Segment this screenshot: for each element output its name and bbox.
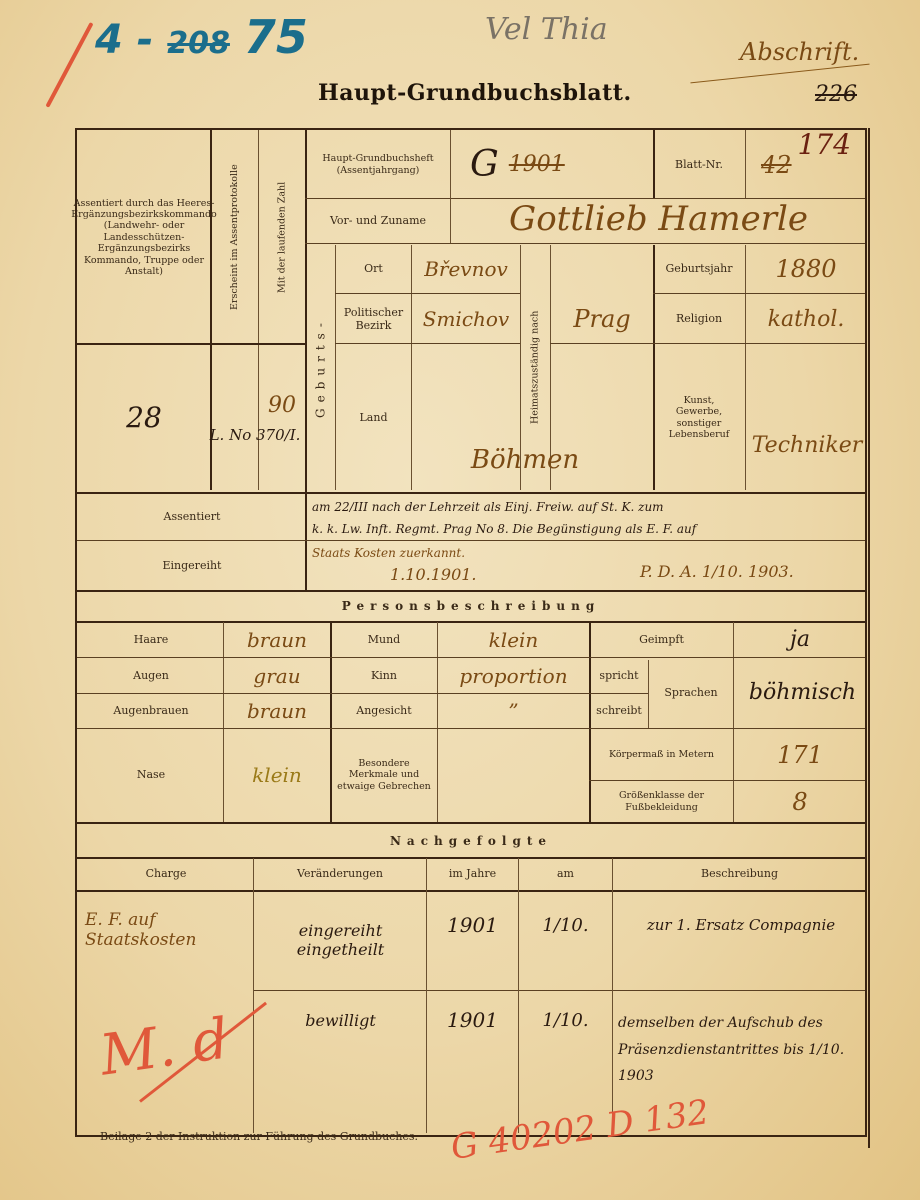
ort-value: Břevnov	[413, 245, 519, 293]
geimpft-label: Geimpft	[591, 622, 732, 657]
name-value: Gottlieb Hamerle	[452, 195, 865, 243]
column-header-beschreibung: Beschreibung	[614, 858, 865, 890]
laufende-value: 90	[260, 390, 304, 420]
page-title: Haupt-Grundbuchsblatt.	[318, 80, 632, 106]
merkmale-value	[439, 729, 588, 821]
schreibt-label: schreibt	[591, 694, 647, 728]
archive-number-current: 75	[244, 10, 308, 64]
assent-line-1: am 22/III nach der Lehrzeit als Einj. Fr…	[312, 500, 664, 514]
blatt-value-struck: 42	[761, 151, 792, 179]
mund-label: Mund	[332, 622, 436, 657]
rule	[77, 890, 865, 892]
rule	[335, 245, 336, 490]
rule	[253, 858, 254, 1133]
name-label: Vor- und Zuname	[307, 199, 449, 243]
blatt-label: Blatt-Nr.	[655, 132, 743, 197]
angesicht-label: Angesicht	[332, 694, 436, 728]
rule	[733, 622, 734, 822]
column-header-jahr: im Jahre	[428, 858, 517, 890]
kinn-value: proportion	[439, 658, 588, 693]
land-label: Land	[337, 345, 410, 490]
assentprotokolle-label: Erscheint im Assentprotokolle	[212, 135, 257, 340]
rule	[335, 343, 520, 344]
heft-value-struck: 1901	[509, 152, 565, 177]
column-header-charge: Charge	[80, 858, 252, 890]
blatt-value-current: 174	[798, 128, 851, 161]
laufende-zahl-label: Mit der laufenden Zahl	[260, 135, 304, 340]
rule	[411, 245, 412, 490]
column-header-veraenderungen: Veränderungen	[255, 858, 425, 890]
rule	[653, 293, 865, 294]
geburtsjahr-label: Geburtsjahr	[655, 245, 743, 293]
copy-mark: Abschrift.	[740, 38, 859, 66]
fuss-label: Größenklasse der Fußbekleidung	[591, 781, 732, 822]
eingereiht-date: 1.10.1901.	[390, 565, 477, 584]
nachgefolgte-title: Nachgefolgte	[77, 825, 865, 857]
archive-number: 4 - 208 75	[95, 10, 308, 64]
rule	[77, 540, 865, 541]
assentiert-by-label: Assentiert durch das Heeres-Ergänzungsbe…	[80, 135, 208, 340]
pda-date: P. D. A. 1/10. 1903.	[640, 562, 794, 581]
instruction-footnote: Beilage 2 der Instruktion zur Führung de…	[100, 1130, 418, 1143]
heft-value: G 1901	[452, 132, 652, 197]
rule	[550, 343, 653, 344]
religion-label: Religion	[655, 295, 743, 343]
augenbrauen-label: Augenbrauen	[80, 694, 222, 728]
rule	[612, 858, 613, 1133]
column-header-am: am	[520, 858, 611, 890]
ort-label: Ort	[337, 245, 410, 293]
heimat-label: Heimatszuständig nach	[521, 245, 549, 490]
religion-value: kathol.	[747, 295, 865, 343]
bezirk-value: Smichov	[413, 295, 519, 343]
angesicht-value: ”	[439, 694, 588, 728]
blatt-value: 42 174	[747, 132, 865, 197]
augen-value: grau	[225, 658, 329, 693]
fuss-value: 8	[735, 781, 865, 822]
rule	[518, 858, 519, 1133]
koerpermass-value: 171	[735, 729, 865, 780]
bezirk-label: Politischer Bezirk	[337, 295, 410, 343]
copy-mark-underline	[690, 64, 869, 84]
struck-number: 226	[815, 82, 857, 107]
rule	[745, 130, 746, 198]
assent-label: Assentiert	[80, 494, 304, 540]
assent-line-3: Staats Kosten zuerkannt.	[312, 546, 465, 560]
rule	[437, 622, 438, 822]
assentiert-by-value: 28	[80, 345, 208, 490]
heft-label: Haupt-Grundbuchsheft (Assentjahrgang)	[307, 132, 449, 197]
heft-value-letter: G	[470, 144, 499, 185]
haare-value: braun	[225, 622, 329, 657]
sprachen-label: Sprachen	[650, 658, 732, 728]
haare-label: Haare	[80, 622, 222, 657]
row-1-jahr: 1901	[428, 895, 517, 955]
pencil-note: Vel Thia	[485, 12, 608, 47]
geimpft-value: ja	[735, 622, 865, 657]
archive-number-struck: 208	[167, 26, 230, 61]
archive-number-prefix: 4 -	[95, 17, 153, 63]
row-1-am: 1/10.	[520, 895, 611, 955]
rule	[653, 343, 865, 344]
row-1-beschreibung: zur 1. Ersatz Compagnie	[616, 895, 866, 955]
kinn-label: Kinn	[332, 658, 436, 693]
geburtsjahr-value: 1880	[747, 245, 865, 293]
row-2-veraenderung: bewilligt	[258, 995, 423, 1045]
augenbrauen-value: braun	[225, 694, 329, 728]
nase-value: klein	[225, 729, 329, 821]
augen-label: Augen	[80, 658, 222, 693]
row-2-jahr: 1901	[428, 995, 517, 1045]
row-2-am: 1/10.	[520, 995, 611, 1045]
outer-right-rule	[868, 128, 870, 1148]
rule	[426, 858, 427, 1133]
rule	[648, 660, 649, 728]
rule	[77, 822, 865, 824]
sprachen-value: böhmisch	[735, 670, 870, 715]
geburts-label: Geburts-	[307, 245, 334, 490]
rule	[450, 130, 451, 198]
koerpermass-label: Körpermaß in Metern	[591, 729, 732, 780]
spricht-label: spricht	[591, 658, 647, 693]
rule	[253, 990, 865, 991]
row-1-veraenderung: eingereiht eingetheilt	[258, 895, 423, 985]
rule	[745, 245, 746, 490]
personsbeschreibung-title: Personsbeschreibung	[77, 592, 865, 620]
beruf-value: Techniker	[747, 420, 867, 470]
charge-value: E. F. auf Staatskosten	[85, 895, 245, 965]
mund-value: klein	[439, 622, 588, 657]
merkmale-label: Besondere Merkmale und etwaige Gebrechen	[332, 729, 436, 821]
nase-label: Nase	[80, 729, 222, 821]
red-check-mark	[45, 22, 93, 108]
row-2-beschreibung: demselben der Aufschub des Präsenzdienst…	[618, 995, 863, 1105]
eingereiht-label: Eingereiht	[80, 542, 304, 590]
rule	[305, 243, 865, 244]
assent-line-2: k. k. Lw. Inft. Regmt. Prag No 8. Die Be…	[312, 522, 696, 536]
heimat-value: Prag	[552, 295, 652, 343]
rule	[223, 622, 224, 822]
rule	[335, 293, 520, 294]
beruf-label: Kunst, Gewerbe, sonstiger Lebensberuf	[655, 345, 743, 490]
rule	[450, 198, 451, 243]
protokoll-value: L. No 370/I.	[200, 420, 310, 450]
